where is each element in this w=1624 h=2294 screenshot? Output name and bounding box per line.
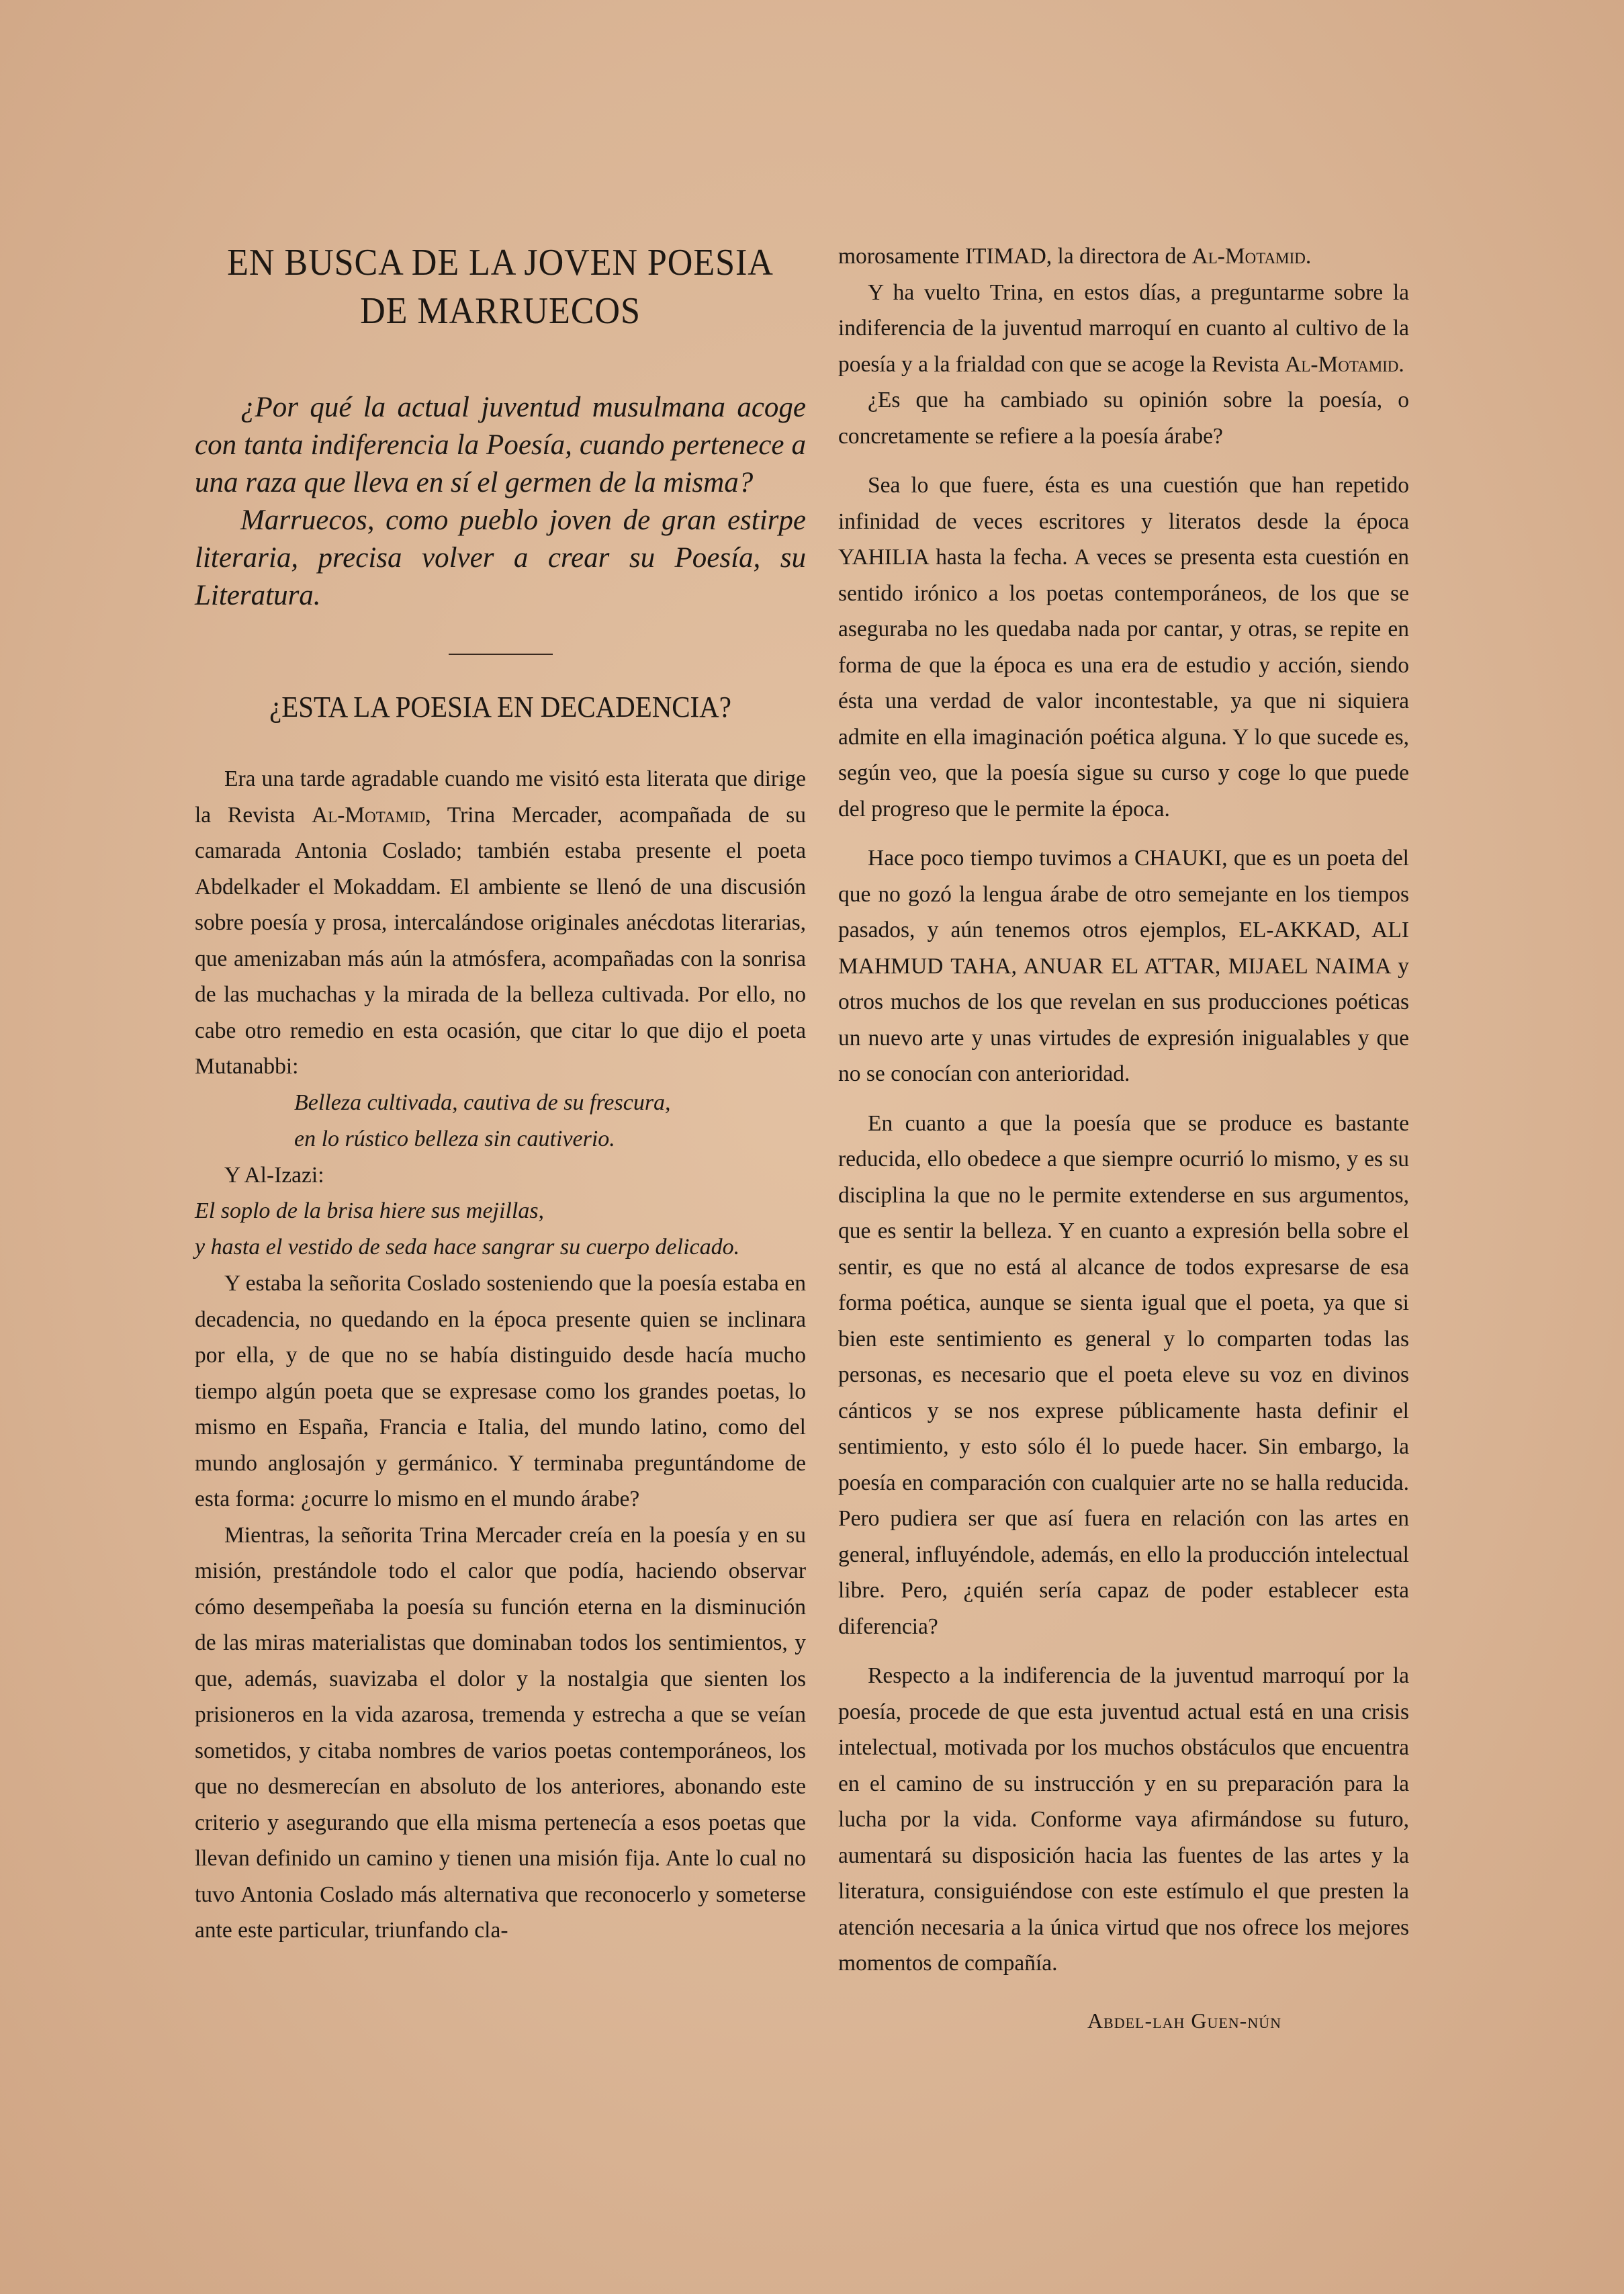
right-body-text: morosamente ITIMAD, la directora de Al-M… [838,238,1409,1982]
verse-line: Belleza cultivada, cautiva de su frescur… [195,1085,806,1121]
verse-quote-al-izazi: El soplo de la brisa hiere sus mejillas,… [195,1193,806,1266]
verse-line: en lo rústico belleza sin cautiverio. [195,1121,806,1157]
text-run: . [1398,352,1404,377]
journal-name: Al-Motamid [1192,244,1306,269]
title-line-2: DE MARRUECOS [360,290,641,332]
article-lede: ¿Por qué la actual juventud musulmana ac… [195,389,806,615]
title-line-1: EN BUSCA DE LA JOVEN POESIA [227,242,774,283]
text-run: . [1306,244,1311,269]
lede-paragraph: Marruecos, como pueblo joven de gran est… [195,502,806,615]
body-paragraph: Respecto a la indiferencia de la juventu… [838,1658,1409,1982]
lede-paragraph: ¿Por qué la actual juventud musulmana ac… [195,389,806,502]
left-column: EN BUSCA DE LA JOVEN POESIA DE MARRUECOS… [195,238,806,1949]
article-title: EN BUSCA DE LA JOVEN POESIA DE MARRUECOS [216,238,784,335]
body-paragraph: Y estaba la señorita Coslado sosteniendo… [195,1266,806,1517]
document-page: EN BUSCA DE LA JOVEN POESIA DE MARRUECOS… [0,0,1624,2294]
body-paragraph: Hace poco tiempo tuvimos a CHAUKI, que e… [838,840,1409,1092]
verse-quote-mutanabbi: Belleza cultivada, cautiva de su frescur… [195,1085,806,1157]
body-paragraph: En cuanto a que la poesía que se produce… [838,1106,1409,1645]
left-body-text: Era una tarde agradable cuando me visitó… [195,761,806,1949]
body-paragraph: morosamente ITIMAD, la directora de Al-M… [838,238,1409,275]
journal-name: Al-Motamid [1285,352,1398,377]
section-divider [449,654,553,655]
text-run: , Trina Mercader, acompañada de su camar… [195,803,806,1079]
body-paragraph: ¿Es que ha cambiado su opinión sobre la … [838,382,1409,454]
verse-line: y hasta el vestido de seda hace sangrar … [195,1229,806,1266]
body-paragraph: Y Al-Izazi: [195,1157,806,1194]
verse-line: El soplo de la brisa hiere sus mejillas, [195,1193,806,1229]
author-signature: Abdel-lah Guen-nún [838,2009,1409,2033]
journal-name: Al-Motamid [312,803,425,828]
body-paragraph: Sea lo que fuere, ésta es una cuestión q… [838,468,1409,827]
right-column: morosamente ITIMAD, la directora de Al-M… [838,238,1409,2033]
body-paragraph: Y ha vuelto Trina, en estos días, a preg… [838,275,1409,383]
body-paragraph: Era una tarde agradable cuando me visitó… [195,761,806,1085]
body-paragraph: Mientras, la señorita Trina Mercader cre… [195,1517,806,1949]
text-run: morosamente ITIMAD, la directora de [838,244,1192,269]
section-heading: ¿ESTA LA POESIA EN DECADENCIA? [216,689,784,726]
